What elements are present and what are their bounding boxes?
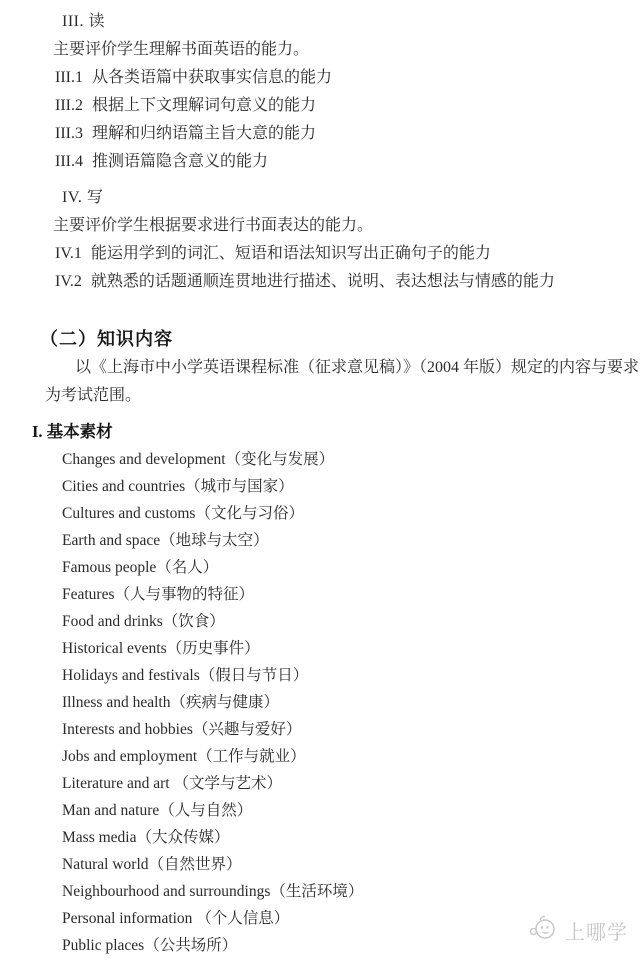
topic-item: Man and nature（人与自然） [62,797,640,824]
topic-item: Historical events（历史事件） [62,635,640,662]
item-number: III.1 [55,69,83,86]
topic-item: Earth and space（地球与太空） [62,527,640,554]
basic-materials-heading: I. 基本素材 [32,418,640,446]
topic-item: Food and drinks（饮食） [62,608,640,635]
item-text: 就熟悉的话题通顺连贯地进行描述、说明、表达想法与情感的能力 [91,273,555,290]
topic-item: Interests and hobbies（兴趣与爱好） [62,716,640,743]
topic-item: Natural world（自然世界） [62,851,640,878]
topic-item: Famous people（名人） [62,554,640,581]
topic-item: Features（人与事物的特征） [62,581,640,608]
reading-item: III.1从各类语篇中获取事实信息的能力 [55,64,640,92]
item-number: IV.1 [55,245,82,262]
reading-item: III.4推测语篇隐含意义的能力 [55,148,640,176]
writing-item: IV.2就熟悉的话题通顺连贯地进行描述、说明、表达想法与情感的能力 [55,268,640,296]
item-number: IV.2 [55,273,82,290]
reading-section-heading: III. 读 [62,8,640,36]
knowledge-content-heading: （二）知识内容 [40,324,640,354]
reading-item: III.2根据上下文理解词句意义的能力 [55,92,640,120]
topic-item: Neighbourhood and surroundings（生活环境） [62,878,640,905]
watermark: 上哪学 [528,913,628,948]
watermark-label: 上哪学 [565,916,628,945]
topic-item: Cities and countries（城市与国家） [62,473,640,500]
item-number: III.4 [55,153,83,170]
item-text: 从各类语篇中获取事实信息的能力 [92,69,332,86]
writing-item: IV.1能运用学到的词汇、短语和语法知识写出正确句子的能力 [55,240,640,268]
item-number: III.2 [55,97,83,114]
reading-item: III.3理解和归纳语篇主旨大意的能力 [55,120,640,148]
knowledge-paragraph-line1: 以《上海市中小学英语课程标准（征求意见稿）》（2004 年版）规定的内容与要求 [75,354,640,382]
document-page: III. 读 主要评价学生理解书面英语的能力。 III.1从各类语篇中获取事实信… [0,0,640,964]
topic-item: Cultures and customs（文化与习俗） [62,500,640,527]
item-text: 根据上下文理解词句意义的能力 [92,97,316,114]
item-text: 理解和归纳语篇主旨大意的能力 [92,125,316,142]
shangnaxue-mascot-icon [528,913,558,948]
knowledge-paragraph-line2: 为考试范围。 [45,382,640,410]
topic-item: Literature and art （文学与艺术） [62,770,640,797]
item-text: 推测语篇隐含意义的能力 [92,153,268,170]
item-number: III.3 [55,125,83,142]
writing-section-description: 主要评价学生根据要求进行书面表达的能力。 [53,212,640,240]
topic-item: Mass media（大众传媒） [62,824,640,851]
topic-item: Changes and development（变化与发展） [62,446,640,473]
topic-item: Jobs and employment（工作与就业） [62,743,640,770]
writing-section-heading: IV. 写 [62,184,640,212]
reading-section-description: 主要评价学生理解书面英语的能力。 [53,36,640,64]
item-text: 能运用学到的词汇、短语和语法知识写出正确句子的能力 [91,245,491,262]
topic-item: Illness and health（疾病与健康） [62,689,640,716]
topic-item: Holidays and festivals（假日与节日） [62,662,640,689]
